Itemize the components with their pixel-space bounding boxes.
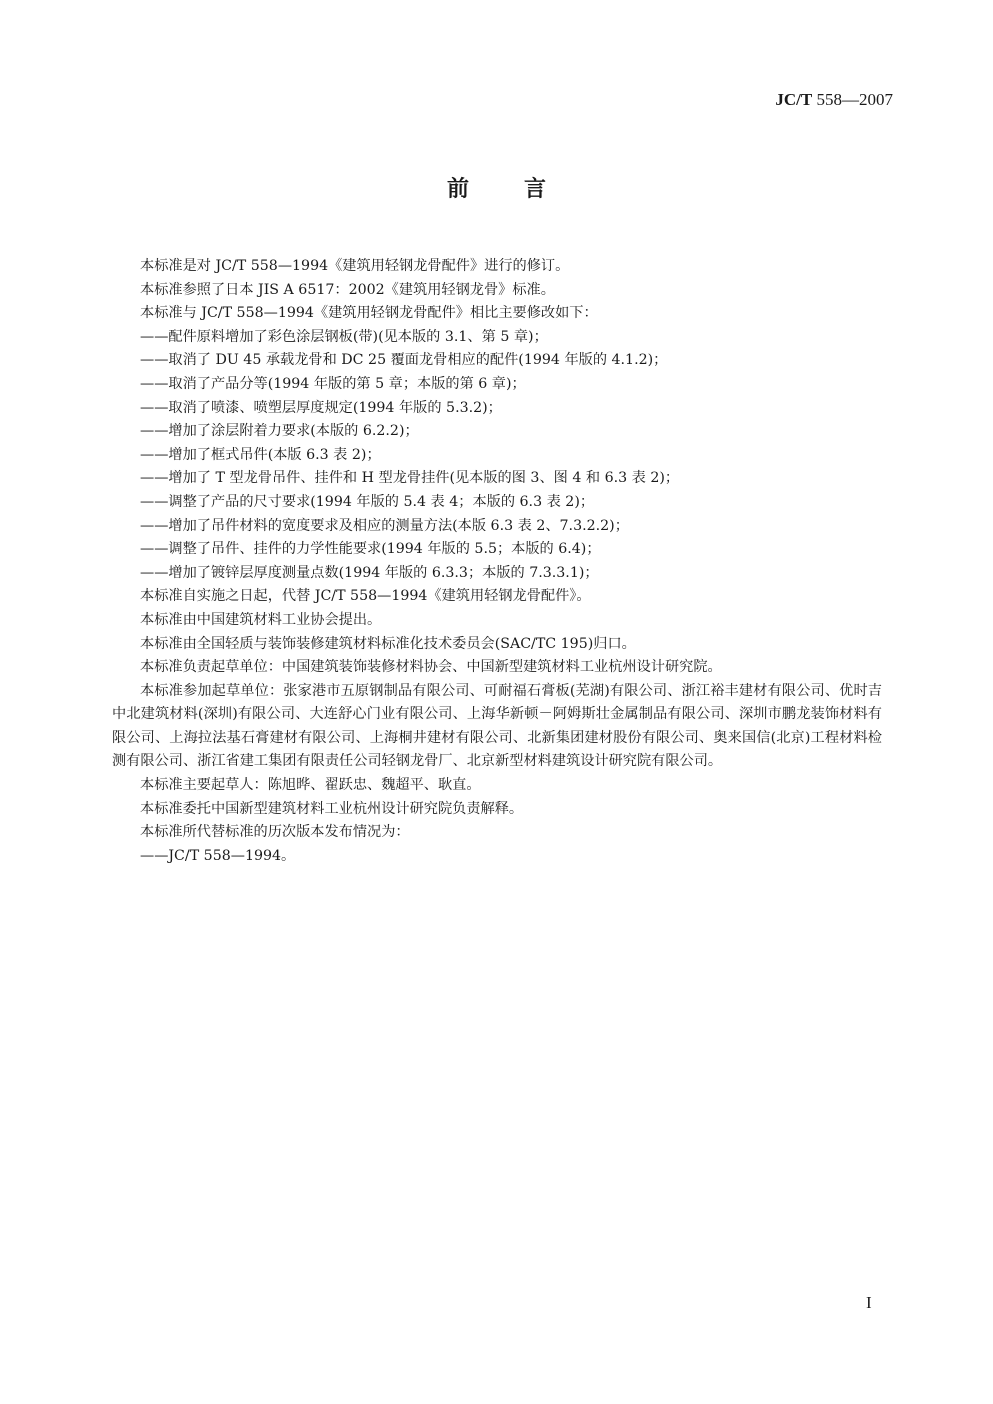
- paragraph-drafting-units: 本标准参加起草单位：张家港市五原钢制品有限公司、可耐福石膏板(芜湖)有限公司、浙…: [112, 680, 882, 774]
- paragraph: 本标准自实施之日起，代替 JC/T 558—1994《建筑用轻钢龙骨配件》。: [112, 585, 882, 609]
- standard-code-number: 558—2007: [817, 90, 894, 109]
- change-item: ——增加了涂层附着力要求(本版的 6.2.2)；: [112, 420, 882, 444]
- foreword-body: 本标准是对 JC/T 558—1994《建筑用轻钢龙骨配件》进行的修订。 本标准…: [112, 255, 882, 868]
- paragraph: 本标准由全国轻质与装饰装修建筑材料标准化技术委员会(SAC/TC 195)归口。: [112, 633, 882, 657]
- standard-code-header: JC/T 558—2007: [775, 90, 893, 110]
- paragraph: 本标准参照了日本 JIS A 6517：2002《建筑用轻钢龙骨》标准。: [112, 279, 882, 303]
- change-item: ——配件原料增加了彩色涂层钢板(带)(见本版的 3.1、第 5 章)；: [112, 326, 882, 350]
- paragraph: 本标准与 JC/T 558—1994《建筑用轻钢龙骨配件》相比主要修改如下：: [112, 302, 882, 326]
- change-item: ——增加了框式吊件(本版 6.3 表 2)；: [112, 444, 882, 468]
- change-item: ——取消了喷漆、喷塑层厚度规定(1994 年版的 5.3.2)；: [112, 397, 882, 421]
- change-item: ——增加了吊件材料的宽度要求及相应的测量方法(本版 6.3 表 2、7.3.2.…: [112, 515, 882, 539]
- change-item: ——取消了 DU 45 承载龙骨和 DC 25 覆面龙骨相应的配件(1994 年…: [112, 349, 882, 373]
- paragraph: 本标准负责起草单位：中国建筑装饰装修材料协会、中国新型建筑材料工业杭州设计研究院…: [112, 656, 882, 680]
- paragraph: 本标准是对 JC/T 558—1994《建筑用轻钢龙骨配件》进行的修订。: [112, 255, 882, 279]
- paragraph: 本标准主要起草人：陈旭晔、翟跃忠、魏超平、耿直。: [112, 774, 882, 798]
- paragraph: 本标准由中国建筑材料工业协会提出。: [112, 609, 882, 633]
- change-item: ——增加了 T 型龙骨吊件、挂件和 H 型龙骨挂件(见本版的图 3、图 4 和 …: [112, 467, 882, 491]
- change-item: ——增加了镀锌层厚度测量点数(1994 年版的 6.3.3；本版的 7.3.3.…: [112, 562, 882, 586]
- paragraph: 本标准所代替标准的历次版本发布情况为：: [112, 821, 882, 845]
- change-item: ——调整了产品的尺寸要求(1994 年版的 5.4 表 4；本版的 6.3 表 …: [112, 491, 882, 515]
- history-item: ——JC/T 558—1994。: [112, 845, 882, 869]
- paragraph: 本标准委托中国新型建筑材料工业杭州设计研究院负责解释。: [112, 798, 882, 822]
- page-number: I: [866, 1293, 872, 1313]
- page-title: 前言: [0, 172, 993, 203]
- change-item: ——取消了产品分等(1994 年版的第 5 章；本版的第 6 章)；: [112, 373, 882, 397]
- change-item: ——调整了吊件、挂件的力学性能要求(1994 年版的 5.5；本版的 6.4)；: [112, 538, 882, 562]
- standard-code-prefix: JC/T: [775, 90, 812, 109]
